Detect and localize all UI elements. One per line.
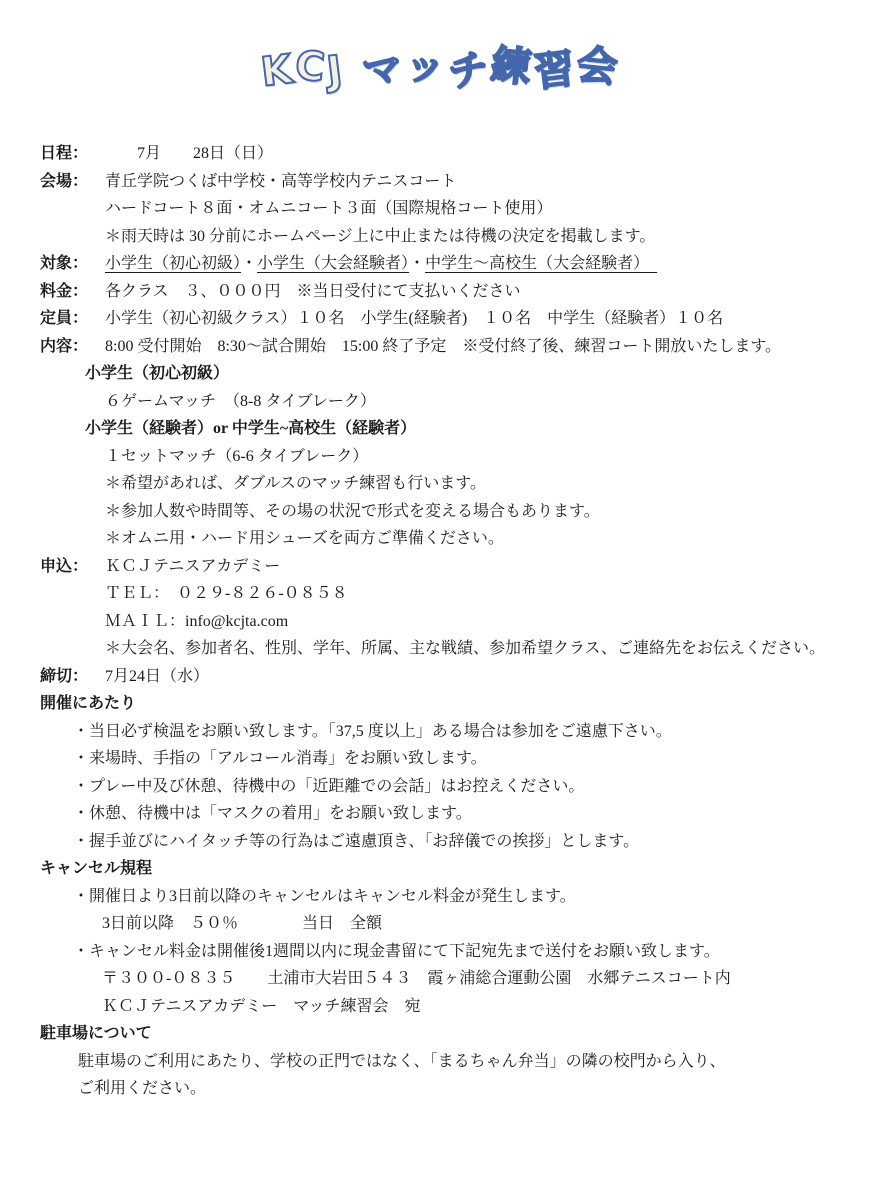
target-separator-1: ・ xyxy=(241,255,257,272)
class2-format: １セットマッチ（6-6 タイブレーク） xyxy=(40,443,851,471)
schedule-value: 7月 28日（日） xyxy=(105,145,273,162)
tel-line: ＴＥＬ： ０２９‐８２６‐０８５８ xyxy=(40,580,851,608)
fee-line: 料金：各クラス ３、０００円 ※当日受付にて支払いください xyxy=(40,278,851,306)
document-page: KCJ マッチ練習会 日程： 7月 28日（日） 会場：青丘学院つくば中学校・高… xyxy=(0,0,881,1201)
parking-heading: 駐車場について xyxy=(40,1020,851,1048)
application-value: ＫＣＪテニスアカデミー xyxy=(105,558,280,575)
venue-rain-note: ＊雨天時は 30 分前にホームページ上に中止または待機の決定を掲載します。 xyxy=(40,223,851,251)
class2-heading: 小学生（経験者）or 中学生~高校生（経験者） xyxy=(40,415,851,443)
fee-value: 各クラス ３、０００円 ※当日受付にて支払いください xyxy=(105,283,521,300)
contents-label: 内容： xyxy=(40,333,105,361)
target-segment-3: 中学生～高校生（大会経験者） xyxy=(425,255,657,272)
target-separator-2: ・ xyxy=(409,255,425,272)
capacity-label: 定員： xyxy=(40,305,105,333)
parking-line-2: ご利用ください。 xyxy=(40,1075,851,1103)
venue-line: 会場：青丘学院つくば中学校・高等学校内テニスコート xyxy=(40,168,851,196)
target-label: 対象： xyxy=(40,250,105,278)
cancel-address: 〒３００‐０８３５ 土浦市大岩田５４３ 霞ヶ浦総合運動公園 水郷テニスコート内 xyxy=(40,965,851,993)
title-row: KCJ マッチ練習会 xyxy=(0,0,881,100)
application-label: 申込： xyxy=(40,553,105,581)
class1-heading: 小学生（初心初級） xyxy=(40,360,851,388)
precaution-item-greeting: ・握手並びにハイタッチ等の行為はご遠慮頂き、「お辞儀での挨拶」とします。 xyxy=(40,828,851,856)
format-change-note: ＊参加人数や時間等、その場の状況で形式を変える場合もあります。 xyxy=(40,498,851,526)
deadline-line: 締切：7月24日（水） xyxy=(40,663,851,691)
application-line: 申込：ＫＣＪテニスアカデミー xyxy=(40,553,851,581)
precaution-item-temperature: ・当日必ず検温をお願い致します。「37,5 度以上」ある場合は参加をご遠慮下さい… xyxy=(40,718,851,746)
parking-line-1: 駐車場のご利用にあたり、学校の正門ではなく、「まるちゃん弁当」の隣の校門から入り… xyxy=(40,1048,851,1076)
class1-format: ６ゲームマッチ （8-8 タイブレーク） xyxy=(40,388,851,416)
application-info-note: ＊大会名、参加者名、性別、学年、所属、主な戦績、参加希望クラス、ご連絡先をお伝え… xyxy=(40,635,851,663)
deadline-value: 7月24日（水） xyxy=(105,668,209,685)
cancel-rates: 3日前以降 ５０％ 当日 全額 xyxy=(40,910,851,938)
venue-courts-line: ハードコート８面・オムニコート３面（国際規格コート使用） xyxy=(40,195,851,223)
cancel-payment-rule: ・キャンセル料金は開催後1週間以内に現金書留にて下記宛先まで送付をお願い致します… xyxy=(40,938,851,966)
venue-name: 青丘学院つくば中学校・高等学校内テニスコート xyxy=(105,173,456,190)
schedule-line: 日程： 7月 28日（日） xyxy=(40,140,851,168)
target-segment-1: 小学生（初心初級） xyxy=(105,255,241,272)
fee-label: 料金： xyxy=(40,278,105,306)
contents-line: 内容：8:00 受付開始 8:30～試合開始 15:00 終了予定 ※受付終了後… xyxy=(40,333,851,361)
schedule-label: 日程： xyxy=(40,140,105,168)
mail-line: ＭＡＩＬ：info@kcjta.com xyxy=(40,608,851,636)
precaution-item-alcohol: ・来場時、手指の「アルコール消毒」をお願い致します。 xyxy=(40,745,851,773)
doubles-note: ＊希望があれば、ダブルスのマッチ練習も行います。 xyxy=(40,470,851,498)
venue-label: 会場： xyxy=(40,168,105,196)
target-segment-2: 小学生（大会経験者） xyxy=(257,255,409,272)
cancellation-heading: キャンセル規程 xyxy=(40,855,851,883)
document-body: 日程： 7月 28日（日） 会場：青丘学院つくば中学校・高等学校内テニスコート … xyxy=(0,140,881,1103)
capacity-line: 定員：小学生（初心初級クラス）１０名 小学生(経験者) １０名 中学生（経験者）… xyxy=(40,305,851,333)
cancel-fee-rule: ・開催日より3日前以降のキャンセルはキャンセル料金が発生します。 xyxy=(40,883,851,911)
contents-value: 8:00 受付開始 8:30～試合開始 15:00 終了予定 ※受付終了後、練習… xyxy=(105,338,781,355)
precautions-heading: 開催にあたり xyxy=(40,690,851,718)
target-line: 対象：小学生（初心初級）・小学生（大会経験者）・中学生～高校生（大会経験者） xyxy=(40,250,851,278)
precaution-item-mask: ・休憩、待機中は「マスクの着用」をお願い致します。 xyxy=(40,800,851,828)
cancel-addressee: ＫＣＪテニスアカデミー マッチ練習会 宛 xyxy=(40,993,851,1021)
page-title: KCJ マッチ練習会 xyxy=(261,38,620,95)
shoes-note: ＊オムニ用・ハード用シューズを両方ご準備ください。 xyxy=(40,525,851,553)
capacity-value: 小学生（初心初級クラス）１０名 小学生(経験者) １０名 中学生（経験者）１０名 xyxy=(105,310,723,327)
precaution-item-conversation: ・プレー中及び休憩、待機中の「近距離での会話」はお控えください。 xyxy=(40,773,851,801)
deadline-label: 締切： xyxy=(40,663,105,691)
